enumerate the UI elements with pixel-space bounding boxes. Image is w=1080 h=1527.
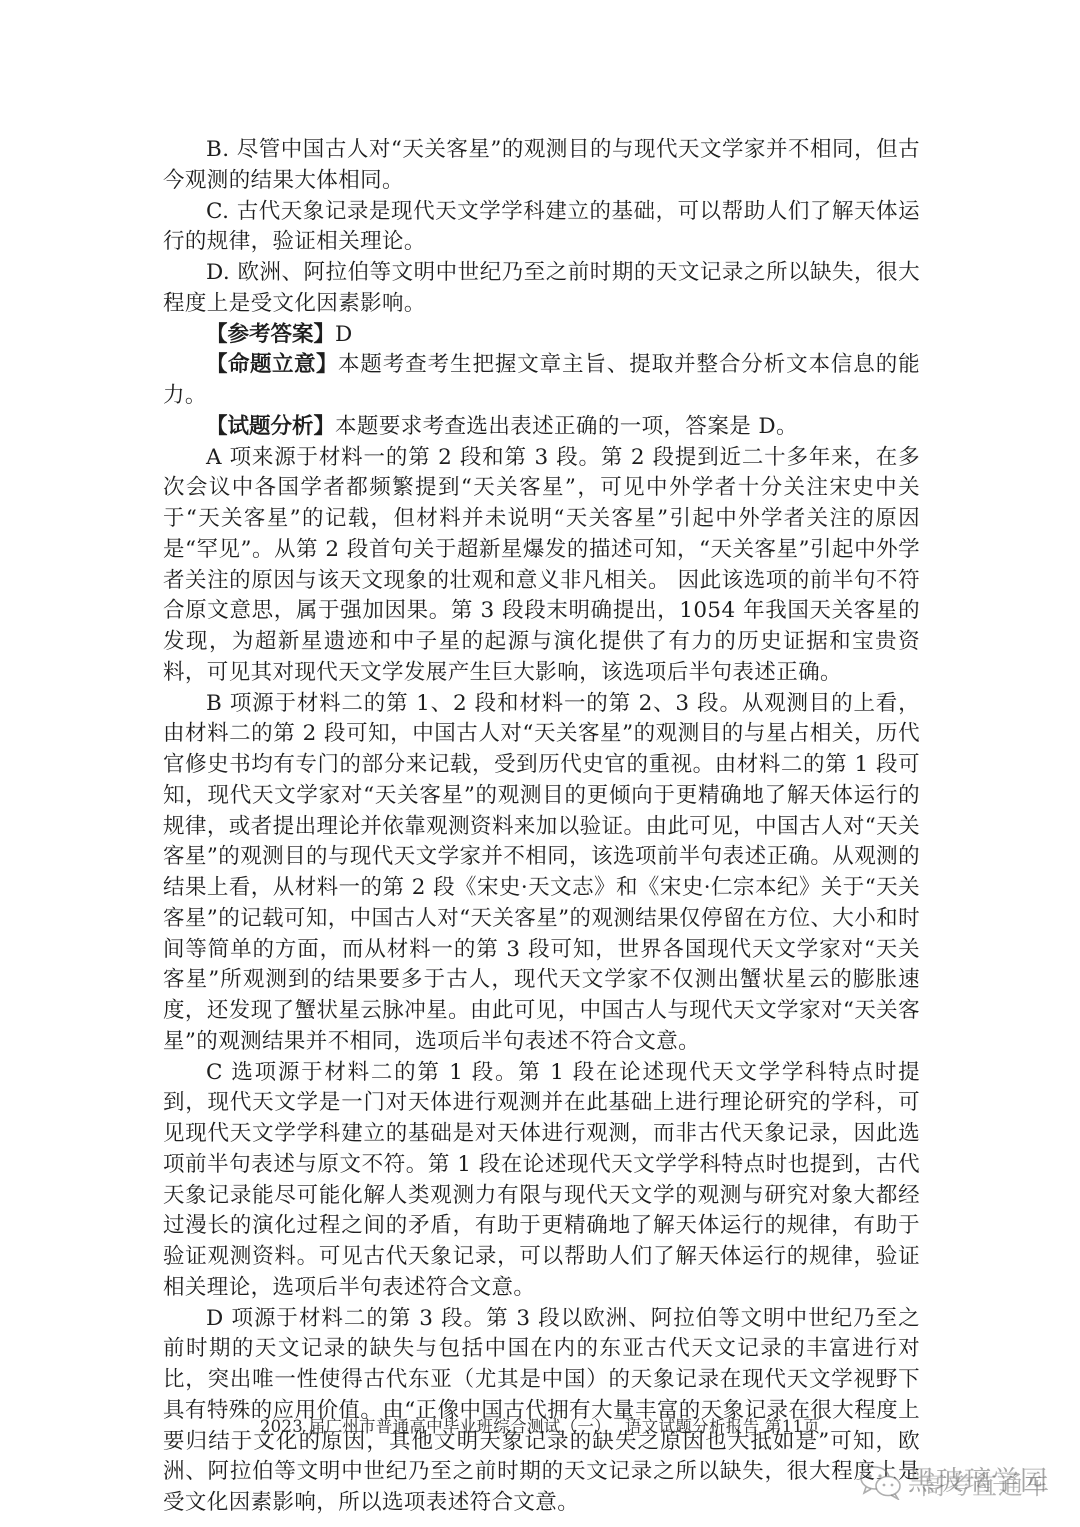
page-footer: 2023 届广州市普通高中毕业班综合测试（一）语文试题分析报告 第11页 (0, 1413, 1080, 1437)
analysis-paragraph-c: C 选项源于材料二的第 1 段。第 1 段在论述现代天文学学科特点时提到，现代天… (163, 1058, 920, 1304)
analysis-paragraph-a: A 项来源于材料一的第 2 段和第 3 段。第 2 段提到近二十多年来，在多次会… (163, 443, 920, 689)
watermark: 黑玻璃学园 高考直通车 (858, 1462, 1078, 1502)
question-analysis-label: 【试题分析】 (206, 414, 335, 439)
option-d: D. 欧洲、阿拉伯等文明中世纪乃至之前时期的天文记录之所以缺失，很大程度上是受文… (163, 258, 920, 320)
watermark-text-secondary: 高考直通车 (920, 1466, 1050, 1506)
footer-title: 2023 届广州市普通高中毕业班综合测试（一） (260, 1417, 611, 1436)
option-b: B. 尽管中国古人对“天关客星”的观测目的与现代天文学家并不相同，但古今观测的结… (163, 135, 920, 197)
analysis-paragraph-b: B 项源于材料二的第 1、2 段和材料一的第 2、3 段。从观测目的上看，由材料… (163, 689, 920, 1058)
reference-answer-label: 【参考答案】 (206, 322, 335, 347)
question-analysis-text: 本题要求考查选出表述正确的一项，答案是 D。 (335, 414, 798, 439)
question-intent-label: 【命题立意】 (206, 352, 338, 377)
question-analysis: 【试题分析】本题要求考查选出表述正确的一项，答案是 D。 (163, 412, 920, 443)
reference-answer-value: D (335, 322, 353, 347)
document-body: B. 尽管中国古人对“天关客星”的观测目的与现代天文学家并不相同，但古今观测的结… (163, 135, 920, 1519)
footer-subtitle: 语文试题分析报告 (625, 1417, 759, 1436)
wechat-icon (858, 1464, 904, 1500)
option-c: C. 古代天象记录是现代天文学学科建立的基础，可以帮助人们了解天体运行的规律，验… (163, 197, 920, 259)
question-intent: 【命题立意】本题考查考生把握文章主旨、提取并整合分析文本信息的能力。 (163, 350, 920, 412)
reference-answer: 【参考答案】D (163, 320, 920, 351)
page-number: 第11页 (765, 1417, 820, 1436)
analysis-paragraph-d: D 项源于材料二的第 3 段。第 3 段以欧洲、阿拉伯等文明中世纪乃至之前时期的… (163, 1304, 920, 1519)
